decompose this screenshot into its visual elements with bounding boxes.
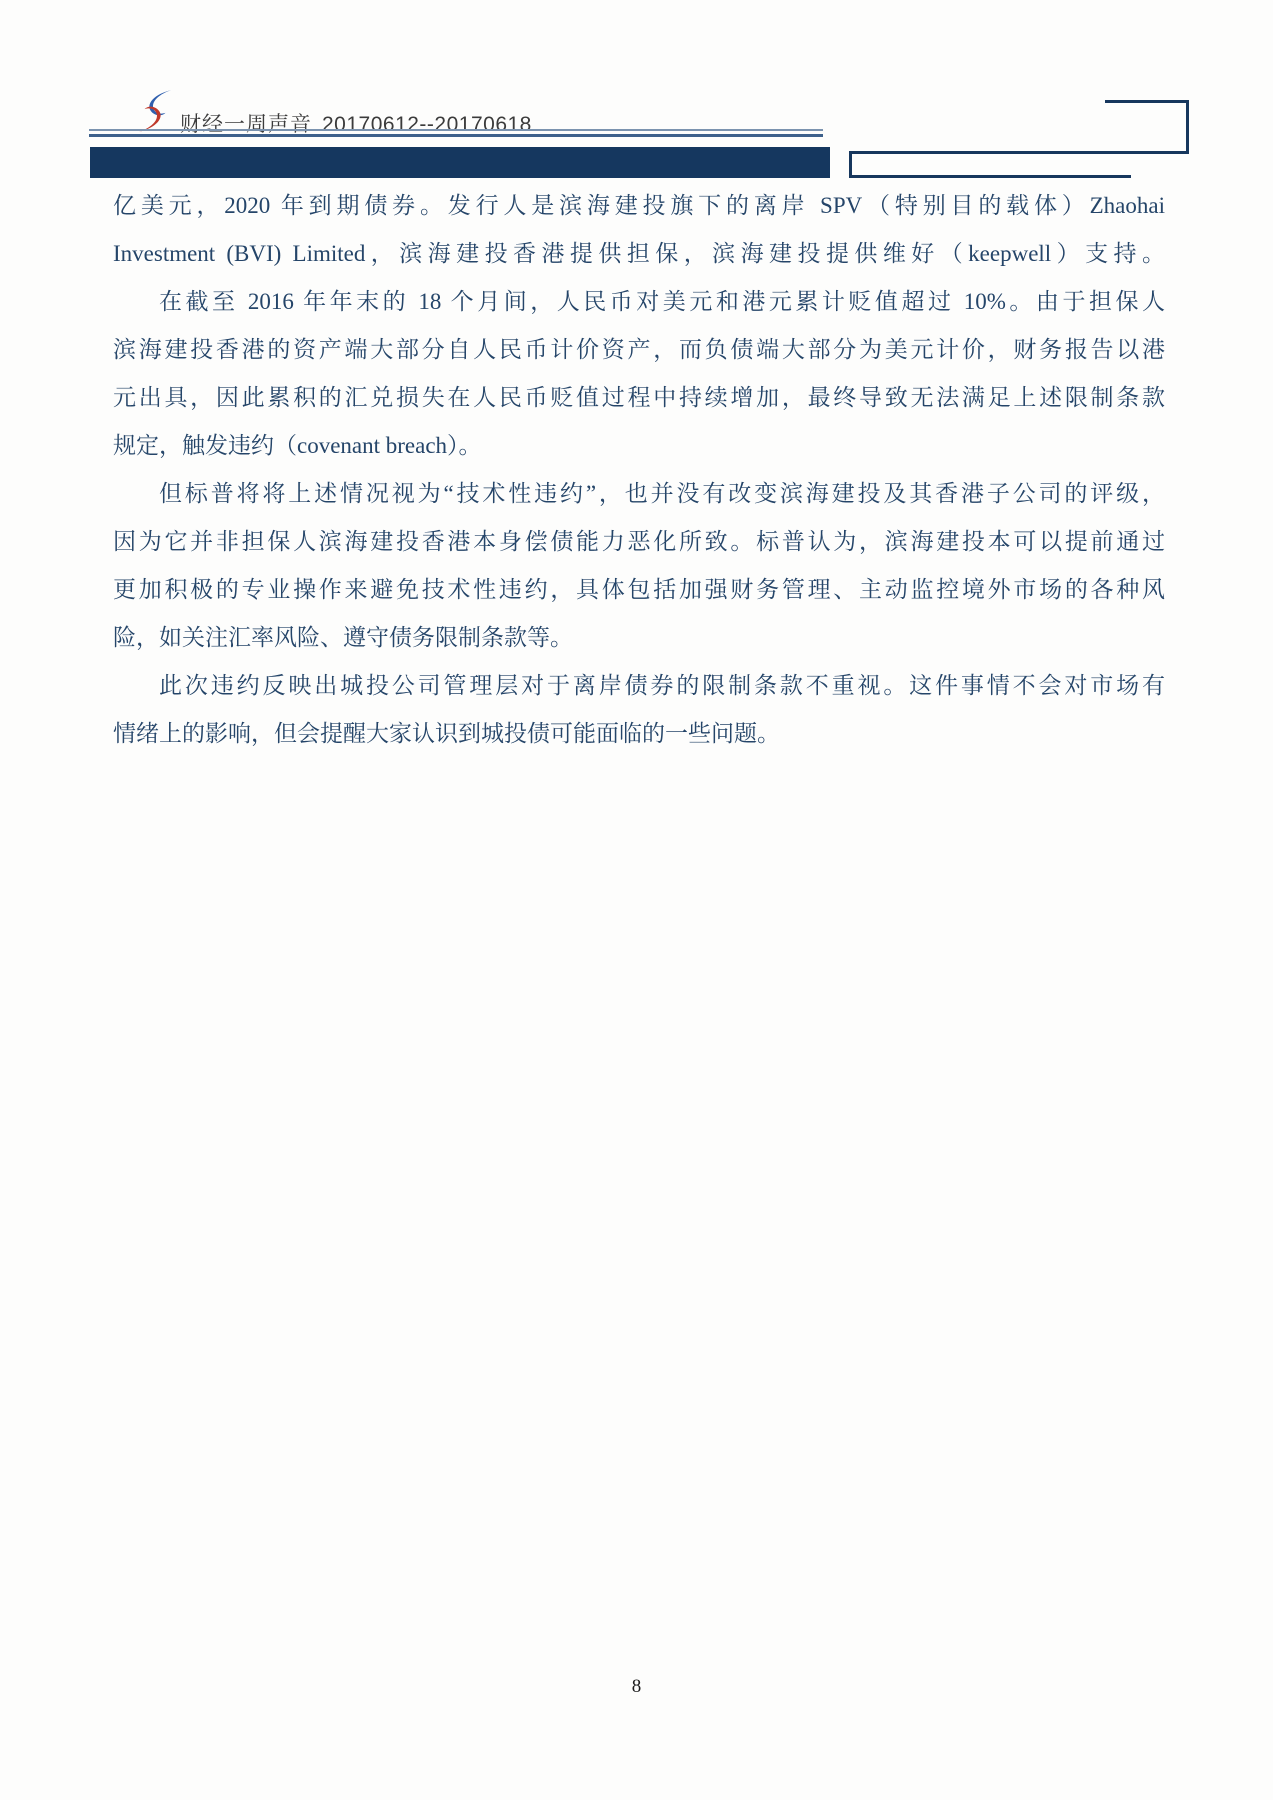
decor-box-right-line bbox=[1186, 100, 1189, 154]
decor-box-bottom-line bbox=[849, 175, 1131, 178]
body-text: 亿美元，2020 年到期债券。发行人是滨海建投旗下的离岸 SPV（特别目的载体）… bbox=[113, 182, 1165, 758]
decor-box-middle-line bbox=[849, 151, 1189, 154]
logo-blue-swoosh bbox=[149, 90, 171, 115]
body-line: 亿美元，2020 年到期债券。发行人是滨海建投旗下的离岸 SPV（特别目的载体）… bbox=[113, 182, 1165, 230]
body-line: 元出具，因此累积的汇兑损失在人民币贬值过程中持续增加，最终导致无法满足上述限制条… bbox=[113, 374, 1165, 422]
document-page: 财经一周声音20170612--20170618 亿美元，2020 年到期债券。… bbox=[0, 0, 1273, 1800]
body-line: 但标普将将上述情况视为“技术性违约”，也并没有改变滨海建投及其香港子公司的评级， bbox=[113, 470, 1165, 518]
decor-box-left-line bbox=[849, 151, 852, 178]
page-number: 8 bbox=[0, 1676, 1273, 1698]
body-line: 在截至 2016 年年末的 18 个月间，人民币对美元和港元累计贬值超过 10%… bbox=[113, 278, 1165, 326]
body-line: 滨海建投香港的资产端大部分自人民币计价资产，而负债端大部分为美元计价，财务报告以… bbox=[113, 326, 1165, 374]
body-line: 险，如关注汇率风险、遵守债务限制条款等。 bbox=[113, 614, 1165, 662]
decor-box-top-line bbox=[1105, 100, 1189, 103]
body-line: 更加积极的专业操作来避免技术性违约，具体包括加强财务管理、主动监控境外市场的各种… bbox=[113, 566, 1165, 614]
body-line: 规定，触发违约（covenant breach）。 bbox=[113, 422, 1165, 470]
body-line: Investment (BVI) Limited，滨海建投香港提供担保，滨海建投… bbox=[113, 230, 1165, 278]
section-title-bar bbox=[90, 147, 830, 178]
company-s-logo-icon bbox=[136, 88, 174, 134]
body-line: 因为它并非担保人滨海建投香港本身偿债能力恶化所致。标普认为，滨海建投本可以提前通… bbox=[113, 518, 1165, 566]
header-rule bbox=[89, 129, 823, 137]
body-line: 此次违约反映出城投公司管理层对于离岸债券的限制条款不重视。这件事情不会对市场有 bbox=[113, 662, 1165, 710]
body-line: 情绪上的影响，但会提醒大家认识到城投债可能面临的一些问题。 bbox=[113, 710, 1165, 758]
